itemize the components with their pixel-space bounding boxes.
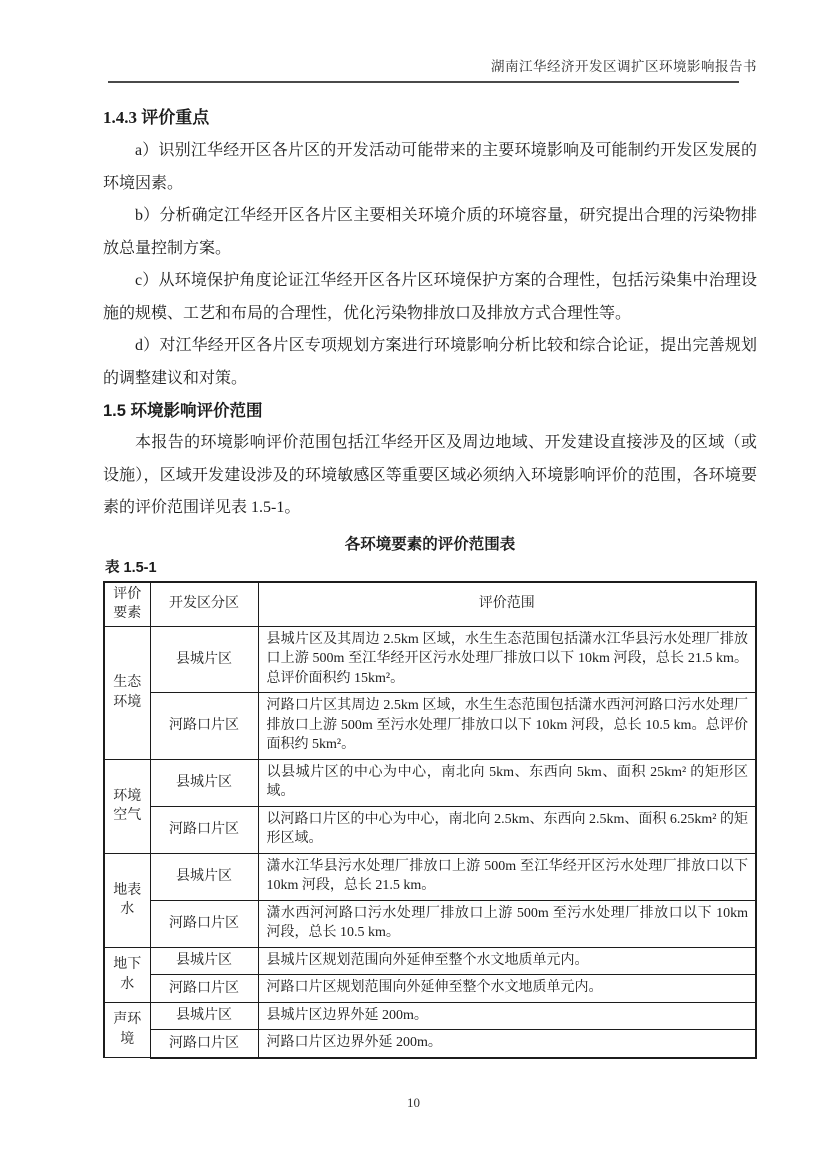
scope-cell: 县城片区及其周边 2.5km 区域，水生生态范围包括潇水江华县污水处理厂排放口上… (258, 626, 756, 693)
page-content: 1.4.3 评价重点 a）识别江华经开区各片区的开发活动可能带来的主要环境影响及… (103, 103, 757, 1059)
paragraph-b: b）分析确定江华经开区各片区主要相关环境介质的环境容量，研究提出合理的污染物排放… (103, 200, 757, 265)
table-row: 河路口片区 河路口片区其周边 2.5km 区域，水生生态范围包括潇水西河河路口污… (104, 693, 756, 760)
zone-cell: 河路口片区 (150, 693, 258, 760)
table-row: 生态环境 县城片区 县城片区及其周边 2.5km 区域，水生生态范围包括潇水江华… (104, 626, 756, 693)
header-title: 湖南江华经济开发区调扩区环境影响报告书 (491, 59, 757, 74)
zone-cell: 县城片区 (150, 759, 258, 806)
table-row: 河路口片区 潇水西河河路口污水处理厂排放口上游 500m 至污水处理厂排放口以下… (104, 900, 756, 947)
zone-cell: 县城片区 (150, 853, 258, 900)
scope-cell: 县城片区规划范围向外延伸至整个水文地质单元内。 (258, 947, 756, 975)
zone-cell: 河路口片区 (150, 806, 258, 853)
zone-cell: 县城片区 (150, 947, 258, 975)
section-heading-1-4-3: 1.4.3 评价重点 (103, 103, 757, 133)
zone-cell: 河路口片区 (150, 900, 258, 947)
scope-cell: 潇水西河河路口污水处理厂排放口上游 500m 至污水处理厂排放口以下 10km … (258, 900, 756, 947)
paragraph-d: d）对江华经开区各片区专项规划方案进行环境影响分析比较和综合论证，提出完善规划的… (103, 330, 757, 395)
factor-cell-surface-water: 地表水 (104, 853, 150, 947)
column-header-factor: 评价要素 (104, 582, 150, 627)
page-number: 10 (0, 1095, 827, 1111)
scope-cell: 以县城片区的中心为中心，南北向 5km、东西向 5km、面积 25km² 的矩形… (258, 759, 756, 806)
zone-cell: 县城片区 (150, 1002, 258, 1030)
scope-cell: 河路口片区边界外延 200m。 (258, 1030, 756, 1058)
section-heading-1-5: 1.5 环境影响评价范围 (103, 396, 757, 426)
scope-cell: 河路口片区规划范围向外延伸至整个水文地质单元内。 (258, 975, 756, 1003)
table-row: 河路口片区 以河路口片区的中心为中心，南北向 2.5km、东西向 2.5km、面… (104, 806, 756, 853)
factor-cell-groundwater: 地下水 (104, 947, 150, 1002)
column-header-scope: 评价范围 (258, 582, 756, 627)
table-row: 河路口片区 河路口片区边界外延 200m。 (104, 1030, 756, 1058)
scope-cell: 以河路口片区的中心为中心，南北向 2.5km、东西向 2.5km、面积 6.25… (258, 806, 756, 853)
column-header-zone: 开发区分区 (150, 582, 258, 627)
table-row: 地下水 县城片区 县城片区规划范围向外延伸至整个水文地质单元内。 (104, 947, 756, 975)
page-header: 湖南江华经济开发区调扩区环境影响报告书 (103, 58, 757, 76)
report-page: 湖南江华经济开发区调扩区环境影响报告书 1.4.3 评价重点 a）识别江华经开区… (0, 0, 827, 1169)
scope-cell: 河路口片区其周边 2.5km 区域，水生生态范围包括潇水西河河路口污水处理厂排放… (258, 693, 756, 760)
table-row: 河路口片区 河路口片区规划范围向外延伸至整个水文地质单元内。 (104, 975, 756, 1003)
table-header-row: 评价要素 开发区分区 评价范围 (104, 582, 756, 627)
table-row: 声环境 县城片区 县城片区边界外延 200m。 (104, 1002, 756, 1030)
zone-cell: 河路口片区 (150, 1030, 258, 1058)
zone-cell: 县城片区 (150, 626, 258, 693)
table-row: 地表水 县城片区 潇水江华县污水处理厂排放口上游 500m 至江华经开区污水处理… (104, 853, 756, 900)
paragraph-scope-intro: 本报告的环境影响评价范围包括江华经开区及周边地域、开发建设直接涉及的区域（或设施… (103, 427, 757, 525)
table-caption: 各环境要素的评价范围表 (103, 534, 757, 556)
header-rule (108, 81, 739, 83)
evaluation-scope-table: 评价要素 开发区分区 评价范围 生态环境 县城片区 县城片区及其周边 2.5km… (103, 581, 757, 1059)
table-row: 环境空气 县城片区 以县城片区的中心为中心，南北向 5km、东西向 5km、面积… (104, 759, 756, 806)
factor-cell-ecology: 生态环境 (104, 626, 150, 759)
paragraph-c: c）从环境保护角度论证江华经开区各片区环境保护方案的合理性，包括污染集中治理设施… (103, 265, 757, 330)
zone-cell: 河路口片区 (150, 975, 258, 1003)
factor-cell-noise: 声环境 (104, 1002, 150, 1058)
paragraph-a: a）识别江华经开区各片区的开发活动可能带来的主要环境影响及可能制约开发区发展的环… (103, 135, 757, 200)
scope-cell: 潇水江华县污水处理厂排放口上游 500m 至江华经开区污水处理厂排放口以下 10… (258, 853, 756, 900)
scope-cell: 县城片区边界外延 200m。 (258, 1002, 756, 1030)
factor-cell-air: 环境空气 (104, 759, 150, 853)
table-label: 表 1.5-1 (105, 558, 757, 578)
